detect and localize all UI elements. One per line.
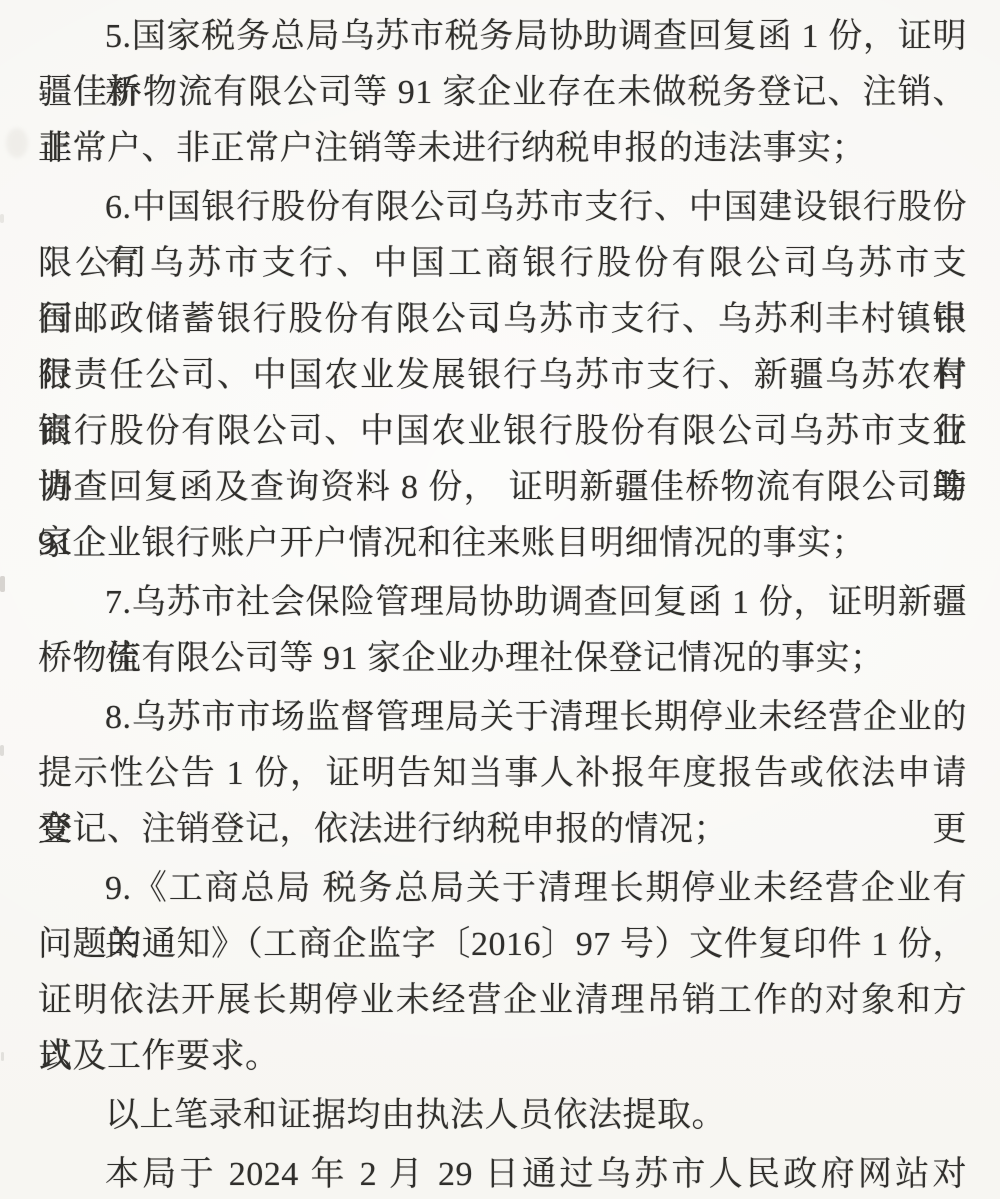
text-line: 问题的通知》（工商企监字〔2016〕97 号）文件复印件 1 份，: [38, 917, 967, 973]
scan-artifact: [0, 576, 5, 592]
text-line: 本局于 2024 年 2 月 29 日通过乌苏市人民政府网站对《行政: [38, 1147, 967, 1199]
text-line: 正常户、非正常户注销等未进行纳税申报的违法事实；: [38, 121, 967, 177]
text-line: 国邮政储蓄银行股份有限公司乌苏市支行、乌苏利丰村镇银行有: [38, 292, 967, 348]
scan-artifact: [6, 128, 28, 158]
text-line: 5.国家税务总局乌苏市税务局协助调查回复函 1 份，证明新: [38, 9, 967, 65]
text-line: 提示性公告 1 份，证明告知当事人补报年度报告或依法申请变更: [38, 746, 967, 802]
text-line: 7.乌苏市社会保险管理局协助调查回复函 1 份，证明新疆佳: [38, 575, 967, 631]
text-line: 限责任公司、中国农业发展银行乌苏市支行、新疆乌苏农村商业: [38, 348, 967, 404]
scan-artifact: [0, 745, 4, 756]
text-line: 疆佳桥物流有限公司等 91 家企业存在未做税务登记、注销、非: [38, 65, 967, 121]
text-line: 限公司乌苏市支行、中国工商银行股份有限公司乌苏市支行、中: [38, 236, 967, 292]
text-line: 6.中国银行股份有限公司乌苏市支行、中国建设银行股份有: [38, 180, 967, 236]
text-line: 证明依法开展长期停业未经营企业清理吊销工作的对象和方式: [38, 973, 967, 1029]
text-line: 银行股份有限公司、中国农业银行股份有限公司乌苏市支行协助: [38, 404, 967, 460]
text-line: 家企业银行账户开户情况和往来账目明细情况的事实；: [38, 516, 967, 572]
text-line: 以上笔录和证据均由执法人员依法提取。: [38, 1088, 967, 1144]
document-text-block: 5.国家税务总局乌苏市税务局协助调查回复函 1 份，证明新疆佳桥物流有限公司等 …: [38, 9, 967, 1199]
document-page: 5.国家税务总局乌苏市税务局协助调查回复函 1 份，证明新疆佳桥物流有限公司等 …: [0, 0, 1000, 1199]
text-line: 8.乌苏市市场监督管理局关于清理长期停业未经营企业的: [38, 690, 967, 746]
scanned-document: { "document": { "language": "zh-CN", "co…: [0, 0, 1000, 1199]
text-line: 桥物流有限公司等 91 家企业办理社保登记情况的事实；: [38, 631, 967, 687]
scan-artifact: [1, 1052, 4, 1061]
text-line: 以及工作要求。: [38, 1029, 967, 1085]
text-line: 9.《工商总局 税务总局关于清理长期停业未经营企业有关: [38, 861, 967, 917]
scan-artifact: [0, 214, 4, 223]
text-line: 调查回复函及查询资料 8 份， 证明新疆佳桥物流有限公司等 91: [38, 460, 967, 516]
